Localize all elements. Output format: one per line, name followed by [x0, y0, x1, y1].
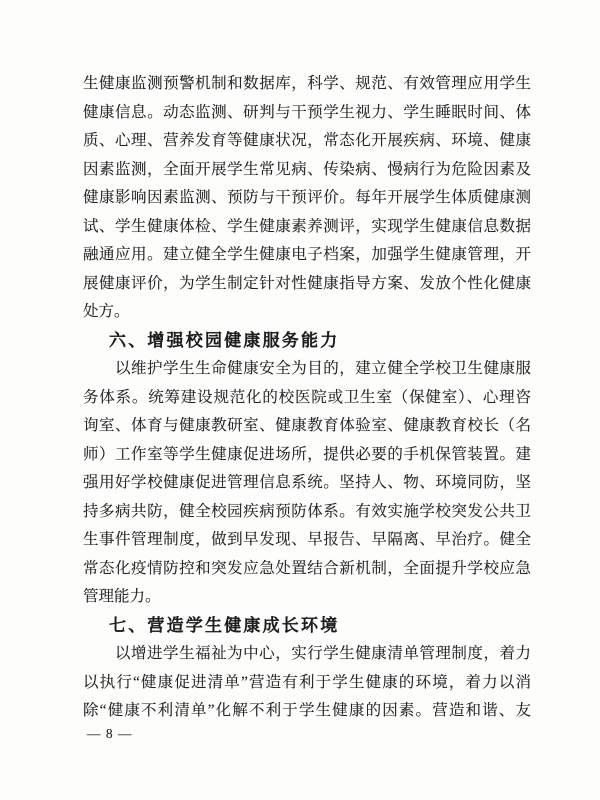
text-line: 管理能力。: [83, 583, 531, 612]
text-line: 生事件管理制度，做到早发现、早报告、早隔离、早治疗。健全: [83, 526, 531, 555]
text-line: 融通应用。建立健全学生健康电子档案，加强学生健康管理，开: [83, 241, 531, 270]
text-line: 询室、体育与健康教研室、健康教育体验室、健康教育校长（名: [83, 412, 531, 441]
text-line: 试、学生健康体检、学生健康素养测评，实现学生健康信息数据: [83, 213, 531, 242]
text-line: 质、心理、营养发育等健康状况，常态化开展疾病、环境、健康: [83, 127, 531, 156]
document-page: 生健康监测预警机制和数据库，科学、规范、有效管理应用学生健康信息。动态监测、研判…: [0, 0, 600, 800]
section-heading: 七、营造学生健康成长环境: [83, 612, 531, 641]
text-line: 生健康监测预警机制和数据库，科学、规范、有效管理应用学生: [83, 70, 531, 99]
text-line: 持多病共防，健全校园疾病预防体系。有效实施学校突发公共卫: [83, 498, 531, 527]
page-number: — 8 —: [87, 724, 133, 744]
text-line: 除“健康不利清单”化解不利于学生健康的因素。营造和谐、友: [83, 697, 531, 726]
text-line: 健康影响因素监测、预防与干预评价。每年开展学生体质健康测: [83, 184, 531, 213]
text-line: 务体系。统筹建设规范化的校医院或卫生室（保健室）、心理咨: [83, 384, 531, 413]
text-line: 以增进学生福祉为中心，实行学生健康清单管理制度，着力: [83, 640, 531, 669]
section-heading: 六、增强校园健康服务能力: [83, 327, 531, 356]
text-line: 以维护学生生命健康安全为目的，建立健全学校卫生健康服: [83, 355, 531, 384]
paragraph: 生健康监测预警机制和数据库，科学、规范、有效管理应用学生健康信息。动态监测、研判…: [83, 70, 531, 327]
text-column: 生健康监测预警机制和数据库，科学、规范、有效管理应用学生健康信息。动态监测、研判…: [83, 70, 531, 726]
paragraph: 以维护学生生命健康安全为目的，建立健全学校卫生健康服务体系。统筹建设规范化的校医…: [83, 355, 531, 612]
paragraph: 以增进学生福祉为中心，实行学生健康清单管理制度，着力以执行“健康促进清单”营造有…: [83, 640, 531, 726]
text-line: 因素监测，全面开展学生常见病、传染病、慢病行为危险因素及: [83, 156, 531, 185]
text-line: 展健康评价，为学生制定针对性健康指导方案、发放个性化健康: [83, 270, 531, 299]
text-line: 健康信息。动态监测、研判与干预学生视力、学生睡眠时间、体: [83, 99, 531, 128]
text-line: 常态化疫情防控和突发应急处置结合新机制，全面提升学校应急: [83, 555, 531, 584]
text-line: 以执行“健康促进清单”营造有利于学生健康的环境，着力以消: [83, 669, 531, 698]
text-line: 师）工作室等学生健康促进场所，提供必要的手机保管装置。建: [83, 441, 531, 470]
text-line: 强用好学校健康促进管理信息系统。坚持人、物、环境同防，坚: [83, 469, 531, 498]
text-line: 处方。: [83, 298, 531, 327]
